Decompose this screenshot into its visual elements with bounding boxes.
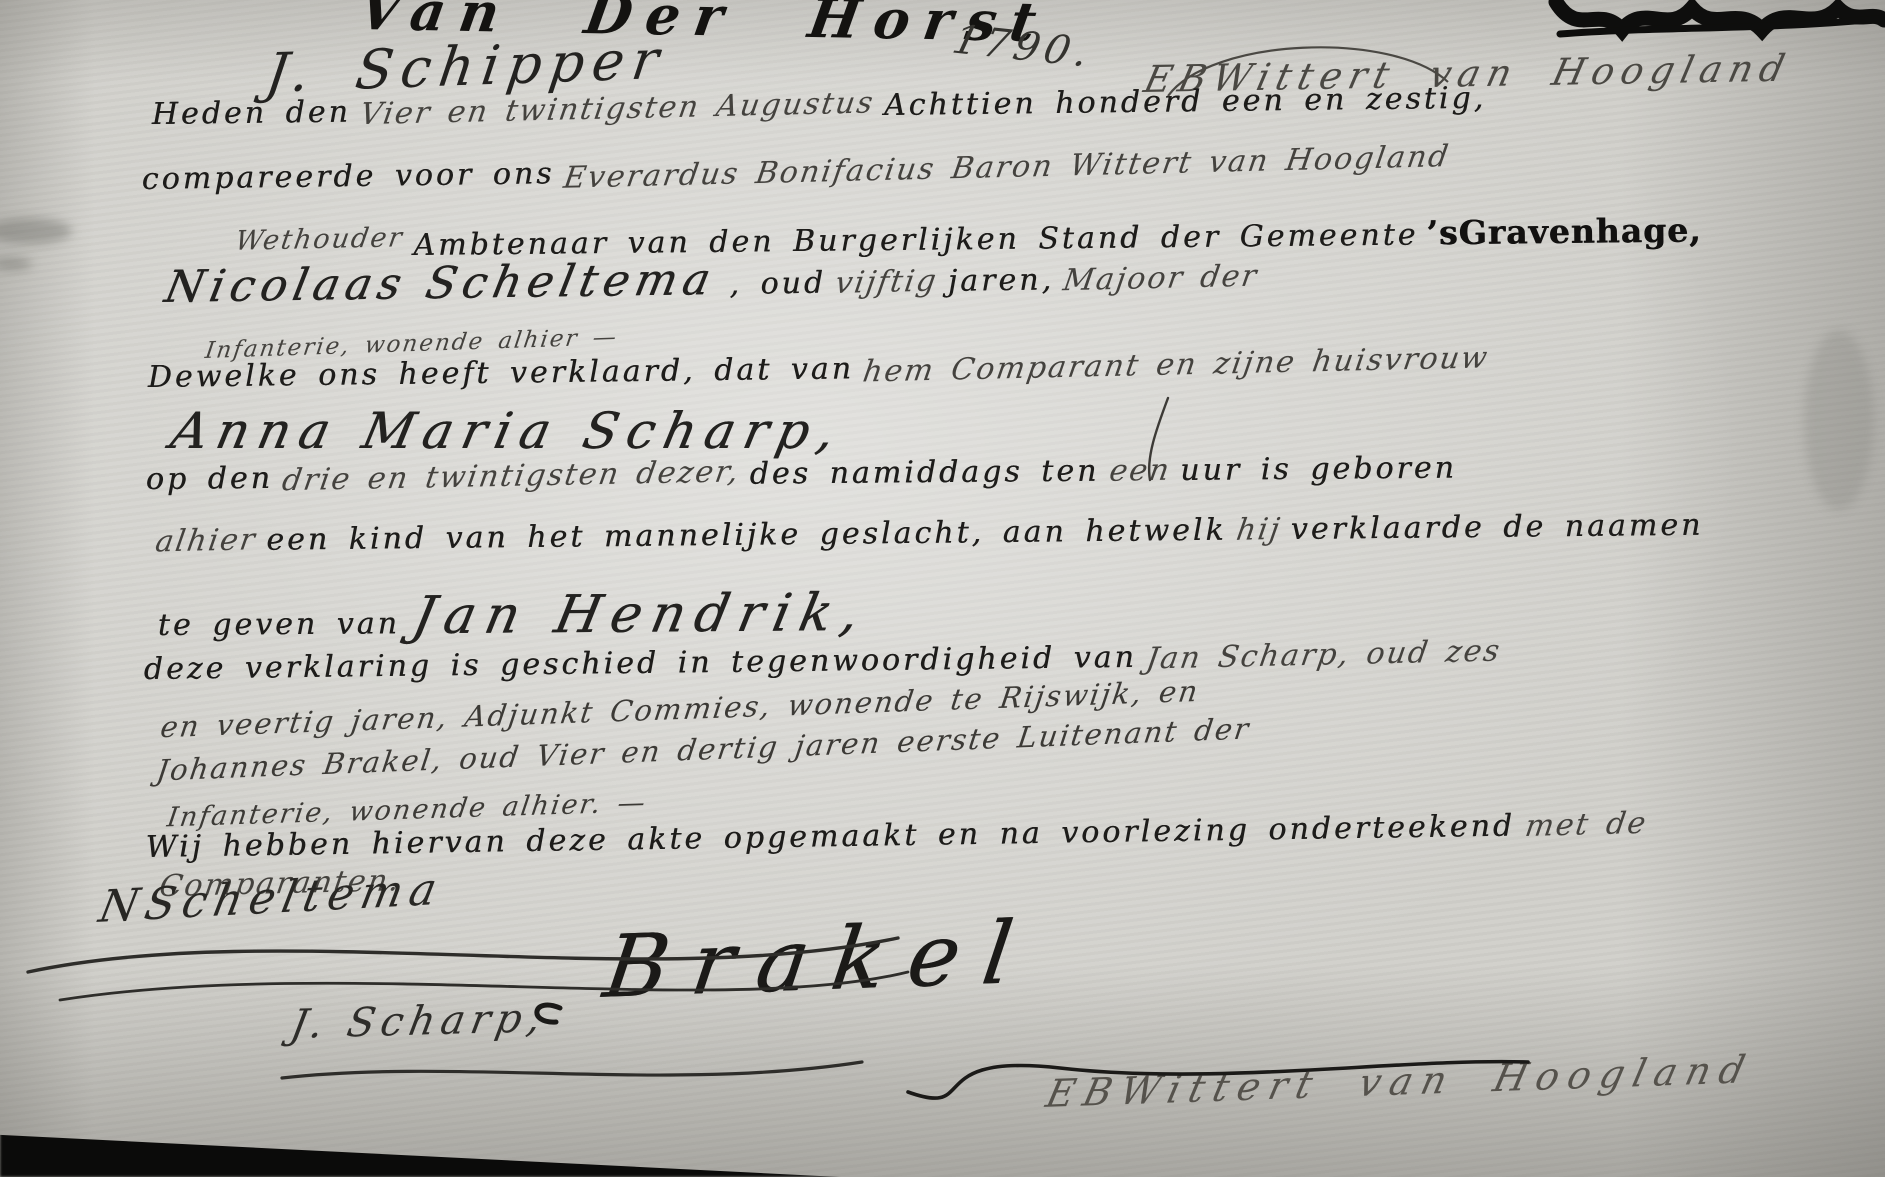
- act-text-filled: een: [1107, 453, 1173, 489]
- signature-text: NScheltema: [95, 863, 448, 933]
- act-line-7: Anna Maria Scharp,: [158, 402, 857, 460]
- act-text: jaren,: [948, 262, 1055, 298]
- act-text: , oud: [729, 266, 826, 302]
- act-text: uur is geboren: [1180, 451, 1457, 488]
- child-name: Jan Hendrik,: [408, 583, 875, 646]
- act-text: Dewelke ons heeft verklaard, dat van: [148, 351, 855, 395]
- act-line-10: te geven vanJan Hendrik,: [158, 583, 883, 648]
- act-text: Achttien honderd een en zestig,: [884, 81, 1487, 123]
- act-text-filled: vijftig: [833, 263, 940, 301]
- cutoff-header-underline: [1560, 18, 1884, 34]
- act-text-filled: met de: [1522, 806, 1649, 844]
- scan-edge-shadow: [0, 1128, 840, 1177]
- act-text-filled: hij: [1234, 512, 1284, 548]
- signature-text: J. Scharp,: [287, 995, 551, 1048]
- act-text-filled: Majoor der: [1061, 258, 1261, 298]
- signature-brakel: Brakel: [598, 902, 1042, 1018]
- act-text: compareerde voor ons: [142, 156, 555, 197]
- act-text-filled: hem Comparant en zijne huisvrouw: [861, 340, 1492, 389]
- act-text-filled: alhier: [153, 522, 259, 559]
- scan-smudge: [0, 258, 32, 270]
- act-text-filled: Jan Scharp, oud zes: [1144, 634, 1504, 677]
- act-text: Heden den: [152, 95, 351, 132]
- act-text-filled: Wethouder: [233, 222, 406, 257]
- number-text: 1790.: [948, 17, 1098, 77]
- prev-act-number: 1790.: [948, 17, 1098, 77]
- cutoff-header-stroke: [1556, 2, 1884, 30]
- flourish-scharp: [282, 1062, 862, 1078]
- act-text-filled: drie en twintigsten dezer,: [280, 454, 743, 498]
- act-text: een kind van het mannelijke geslacht, aa…: [266, 513, 1227, 558]
- signature-scharp: J. Scharp,: [287, 995, 551, 1048]
- scan-smudge: [1804, 330, 1874, 510]
- document-page: Van Der Horst 1790. J. Schipper EBWitter…: [0, 0, 1885, 1177]
- scan-smudge: [0, 218, 72, 244]
- act-text-gothic-gravenhage: ’sGravenhage,: [1426, 211, 1702, 253]
- act-line-9: alhiereen kind van het mannelijke geslac…: [146, 508, 1704, 559]
- act-text-filled: Everardus Bonifacius Baron Wittert van H…: [561, 139, 1452, 196]
- act-text: des namiddags ten: [749, 454, 1099, 492]
- act-text: verklaarde de naamen: [1291, 508, 1704, 547]
- act-text: op den: [146, 461, 273, 497]
- signature-scheltema: NScheltema: [95, 863, 448, 933]
- signature-text: EBWittert van Hoogland: [1042, 1047, 1758, 1116]
- act-line-2: compareerde voor onsEverardus Bonifacius…: [142, 144, 1460, 197]
- signature-text: Brakel: [598, 902, 1042, 1018]
- signature-wittert: EBWittert van Hoogland: [1042, 1047, 1758, 1116]
- father-name: Nicolaas Scheltema: [161, 254, 721, 313]
- mother-name: Anna Maria Scharp,: [166, 402, 849, 460]
- act-text: te geven van: [158, 606, 400, 643]
